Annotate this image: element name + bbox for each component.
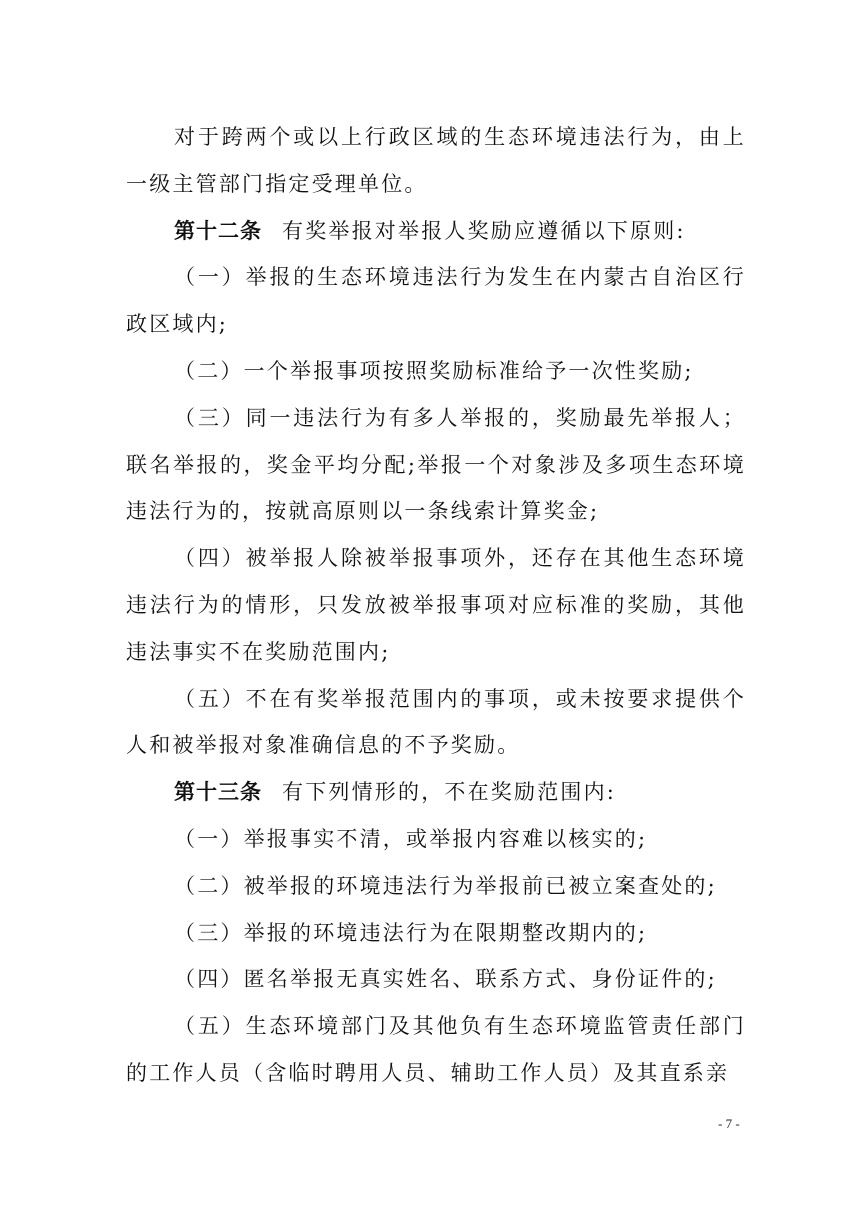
article-heading: 第十三条 — [174, 780, 262, 804]
article-12: 第十二条有奖举报对举报人奖励应遵循以下原则: — [126, 208, 746, 255]
document-body: 对于跨两个或以上行政区域的生态环境违法行为，由上一级主管部门指定受理单位。 第十… — [126, 114, 746, 1097]
list-item: （五）不在有奖举报范围内的事项，或未按要求提供个人和被举报对象准确信息的不予奖励… — [126, 676, 746, 770]
item-text: （五）生态环境部门及其他负有生态环境监管责任部门的工作人员（含临时聘用人员、辅助… — [126, 1014, 746, 1085]
item-text: （一）举报事实不清，或举报内容难以核实的; — [174, 827, 647, 851]
item-text: （二）一个举报事项按照奖励标准给予一次性奖励; — [174, 359, 694, 383]
item-text: （四）被举报人除被举报事项外，还存在其他生态环境违法行为的情形，只发放被举报事项… — [126, 546, 746, 664]
item-text: （二）被举报的环境违法行为举报前已被立案查处的; — [174, 874, 717, 898]
article-heading: 第十二条 — [174, 219, 262, 243]
list-item: （二）一个举报事项按照奖励标准给予一次性奖励; — [126, 348, 746, 395]
list-item: （一）举报事实不清，或举报内容难以核实的; — [126, 816, 746, 863]
paragraph-continuation: 对于跨两个或以上行政区域的生态环境违法行为，由上一级主管部门指定受理单位。 — [126, 114, 746, 208]
item-text: （三）同一违法行为有多人举报的，奖励最先举报人；联名举报的，奖金平均分配;举报一… — [126, 406, 746, 524]
item-text: （四）匿名举报无真实姓名、联系方式、身份证件的; — [174, 967, 717, 991]
list-item: （一）举报的生态环境违法行为发生在内蒙古自治区行政区域内; — [126, 254, 746, 348]
list-item: （五）生态环境部门及其他负有生态环境监管责任部门的工作人员（含临时聘用人员、辅助… — [126, 1003, 746, 1097]
item-text: （三）举报的环境违法行为在限期整改期内的; — [174, 921, 647, 945]
item-text: （一）举报的生态环境违法行为发生在内蒙古自治区行政区域内; — [126, 265, 746, 336]
list-item: （四）匿名举报无真实姓名、联系方式、身份证件的; — [126, 956, 746, 1003]
document-page: 对于跨两个或以上行政区域的生态环境违法行为，由上一级主管部门指定受理单位。 第十… — [0, 0, 868, 1227]
paragraph-text: 对于跨两个或以上行政区域的生态环境违法行为，由上一级主管部门指定受理单位。 — [126, 125, 746, 196]
list-item: （三）举报的环境违法行为在限期整改期内的; — [126, 910, 746, 957]
list-item: （三）同一违法行为有多人举报的，奖励最先举报人；联名举报的，奖金平均分配;举报一… — [126, 395, 746, 535]
article-13: 第十三条有下列情形的，不在奖励范围内: — [126, 769, 746, 816]
article-text: 有下列情形的，不在奖励范围内: — [282, 780, 616, 804]
list-item: （二）被举报的环境违法行为举报前已被立案查处的; — [126, 863, 746, 910]
article-text: 有奖举报对举报人奖励应遵循以下原则: — [282, 219, 686, 243]
list-item: （四）被举报人除被举报事项外，还存在其他生态环境违法行为的情形，只发放被举报事项… — [126, 535, 746, 675]
page-number: - 7 - — [718, 1116, 740, 1132]
item-text: （五）不在有奖举报范围内的事项，或未按要求提供个人和被举报对象准确信息的不予奖励… — [126, 687, 746, 758]
